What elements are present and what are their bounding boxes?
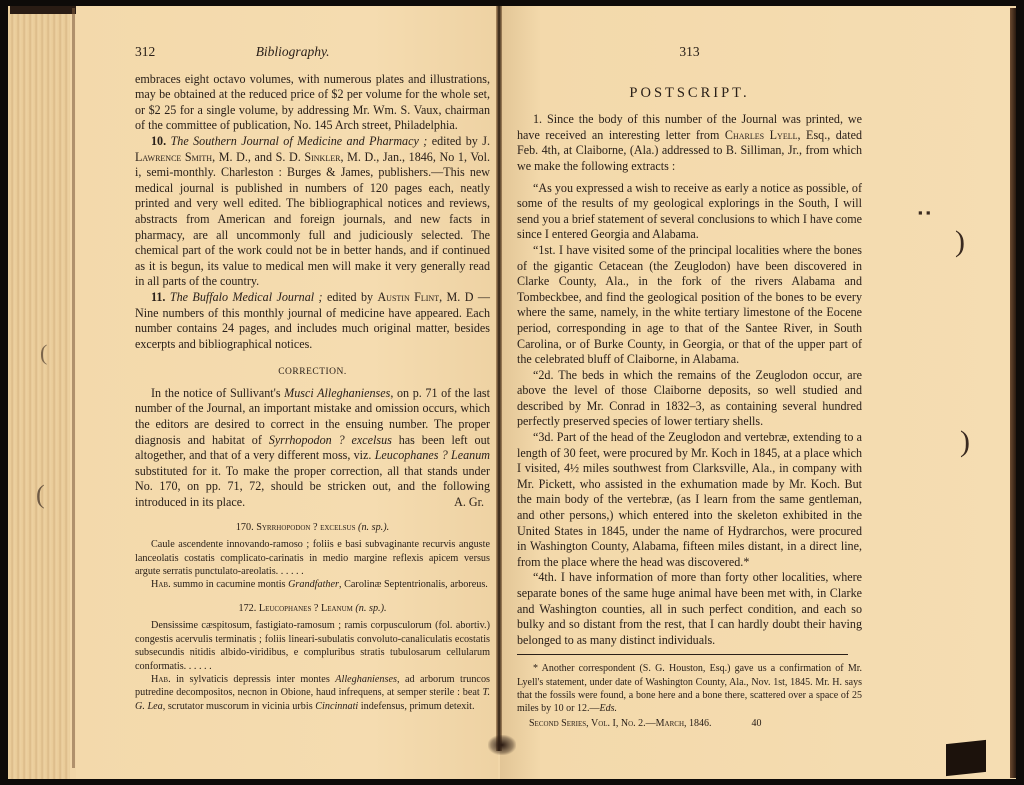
bleed-through-bracket: ) bbox=[960, 425, 970, 459]
species-description: Caule ascendente innovando-ramoso ; foli… bbox=[135, 538, 490, 578]
bleed-through-bracket: ( bbox=[36, 480, 45, 510]
signature-line: Second Series, Vol. I, No. 2.—March, 184… bbox=[517, 716, 862, 732]
library-stamp-mark bbox=[946, 740, 986, 776]
page-number: 313 bbox=[517, 44, 862, 60]
right-page-content: 313 POSTSCRIPT. 1. Since the body of thi… bbox=[517, 44, 862, 732]
signature-number: 40 bbox=[752, 716, 762, 732]
footnote-divider bbox=[517, 654, 848, 655]
bleed-through-bracket: ) bbox=[955, 225, 965, 259]
species-description: Densissime cæspitosum, fastigiato-ramosu… bbox=[135, 619, 490, 673]
letter-quote: “As you expressed a wish to receive as e… bbox=[517, 181, 862, 243]
species-habitat: Hab. summo in cacumine montis Grandfathe… bbox=[135, 578, 490, 591]
left-page-content: 312 Bibliography. embraces eight octavo … bbox=[135, 44, 490, 713]
left-running-head: 312 Bibliography. bbox=[135, 44, 490, 60]
series-info: Second Series, Vol. I, No. 2.—March, 184… bbox=[529, 716, 712, 732]
letter-quote: “1st. I have visited some of the princip… bbox=[517, 243, 862, 368]
left-page-edges bbox=[8, 6, 70, 779]
running-title: Bibliography. bbox=[256, 44, 330, 60]
page-number: 312 bbox=[135, 44, 155, 60]
gutter-ink-blot bbox=[488, 735, 516, 755]
section-title: POSTSCRIPT. bbox=[517, 86, 862, 102]
paragraph: embraces eight octavo volumes, with nume… bbox=[135, 72, 490, 134]
paragraph-item-10: 10. The Southern Journal of Medicine and… bbox=[135, 134, 490, 290]
species-habitat: Hab. in sylvaticis depressis inter monte… bbox=[135, 673, 490, 713]
left-fold-line bbox=[72, 8, 75, 768]
letter-quote: “2d. The beds in which the remains of th… bbox=[517, 368, 862, 430]
postscript-intro: 1. Since the body of this number of the … bbox=[517, 112, 862, 174]
species-heading: 170. Syrrhopodon ? excelsus (n. sp.). bbox=[135, 520, 490, 536]
correction-heading: CORRECTION. bbox=[135, 365, 490, 381]
species-heading: 172. Leucophanes ? Leanum (n. sp.). bbox=[135, 601, 490, 617]
bleed-through-bracket: ( bbox=[40, 340, 47, 366]
letter-quote: “3d. Part of the head of the Zeuglodon a… bbox=[517, 430, 862, 570]
footnote: * Another correspondent (S. G. Houston, … bbox=[517, 662, 862, 715]
correction-text: In the notice of Sullivant's Musci Alleg… bbox=[135, 386, 490, 511]
bleed-through-mark: ▪ ▪ bbox=[918, 205, 930, 221]
right-cover-edge bbox=[1010, 8, 1016, 778]
paragraph-item-11: 11. The Buffalo Medical Journal ; edited… bbox=[135, 290, 490, 352]
letter-quote: “4th. I have information of more than fo… bbox=[517, 570, 862, 648]
book-gutter bbox=[496, 6, 502, 751]
